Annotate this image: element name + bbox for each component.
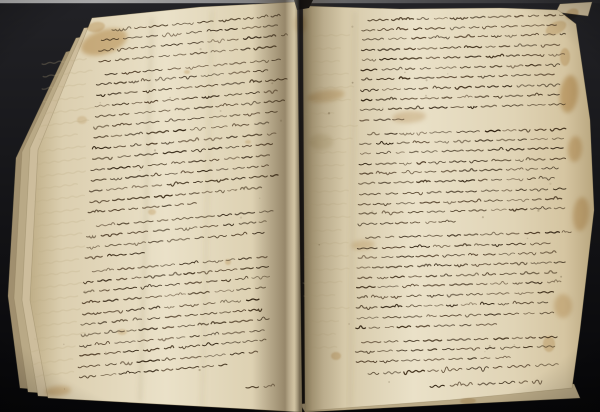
manuscript-scene xyxy=(0,0,600,412)
manuscript-photograph xyxy=(0,0,600,412)
vignette xyxy=(0,0,600,412)
